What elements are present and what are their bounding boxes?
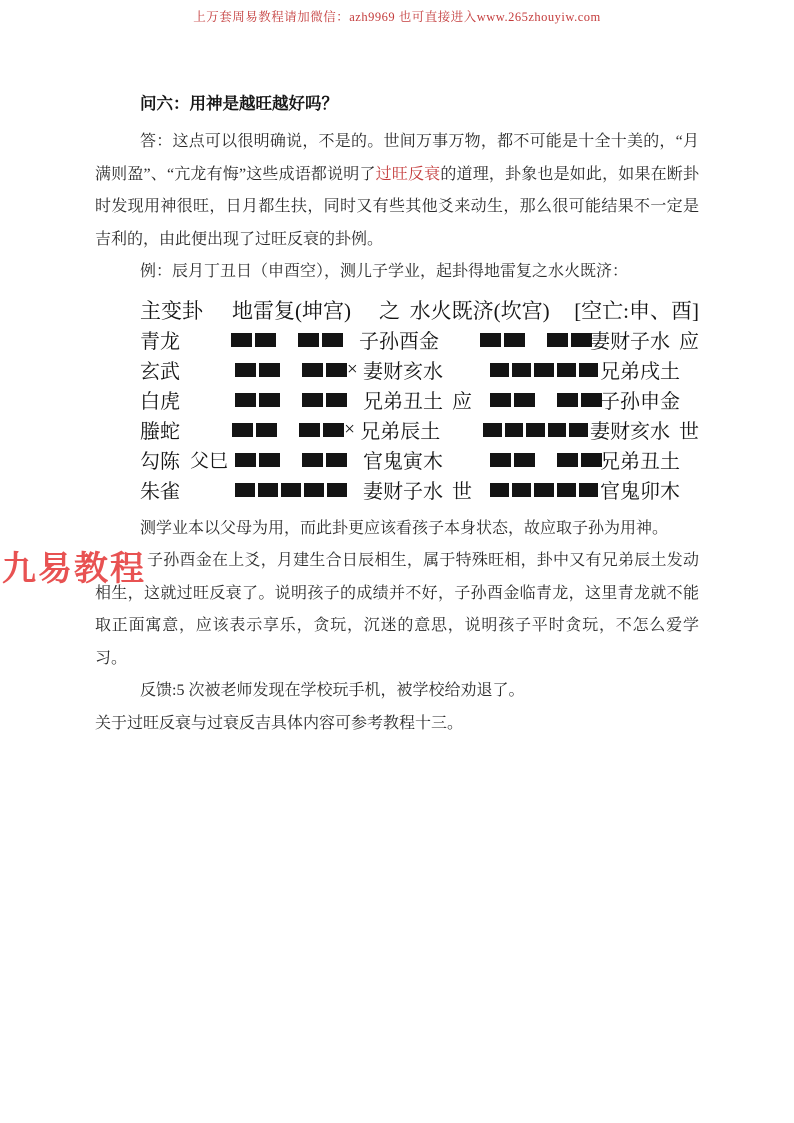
changed-line-label: 子孙申金: [600, 385, 680, 414]
yang-line-segment: [258, 483, 278, 497]
promo-banner: 上万套周易教程请加微信：azh9969 也可直接进入www.265zhouyiw…: [0, 7, 794, 25]
original-line-yin: [235, 393, 347, 407]
yang-line-segment: [490, 363, 509, 377]
changed-line-label: 妻财子水: [590, 325, 670, 354]
yin-line-segment: [302, 393, 323, 407]
changed-line-info: 官鬼卯木: [598, 475, 680, 504]
changed-line-info: 兄弟丑土: [598, 445, 680, 474]
original-line-info: ×兄弟辰土: [344, 415, 483, 445]
yin-line-segment: [322, 333, 343, 347]
yin-line-segment: [323, 423, 344, 437]
yin-line-segment: [259, 393, 280, 407]
original-line-yang: [235, 483, 347, 497]
yin-line-segment: [326, 393, 347, 407]
yin-line-segment: [231, 333, 252, 347]
changed-line-info: 妻财子水应: [588, 325, 699, 354]
promo-banner-text: 上万套周易教程请加微信：azh9969 也可直接进入www.265zhouyiw…: [193, 10, 601, 24]
yin-line-gap: [538, 393, 554, 407]
original-line-label: 兄弟辰土: [360, 415, 440, 444]
hexagram-row: 白虎兄弟丑土应子孙申金: [140, 385, 699, 415]
changed-line-label: 官鬼卯木: [600, 475, 680, 504]
analysis-paragraph-1: 测学业本以父母为用，而此卦更应该看孩子本身状态，故应取子孙为用神。: [95, 513, 699, 546]
changed-line-info: 子孙申金: [598, 385, 680, 414]
yang-line-segment: [534, 483, 553, 497]
yin-line-gap: [283, 393, 299, 407]
yin-line-gap: [279, 333, 295, 347]
yin-line-segment: [259, 363, 280, 377]
yin-line-segment: [256, 423, 277, 437]
hidden-spirit-label: 父巳: [190, 446, 235, 473]
yang-line-segment: [534, 363, 553, 377]
yang-line-segment: [557, 363, 576, 377]
six-animal-label: 朱雀: [140, 475, 190, 504]
answer-highlight-term: 过旺反衰: [376, 166, 441, 183]
original-line-yin: [235, 363, 347, 377]
hexagram-row: 螣蛇×兄弟辰土妻财亥水世: [140, 415, 699, 445]
original-line-info: 妻财子水世: [347, 475, 490, 504]
header-void-branches: [空亡:申、酉]: [574, 295, 699, 325]
yin-line-segment: [490, 453, 511, 467]
yin-line-gap: [280, 423, 296, 437]
header-original-hexagram: 地雷复(坤宫): [232, 295, 379, 325]
changed-line-yang: [490, 363, 598, 377]
yang-line-segment: [569, 423, 588, 437]
changed-line-info: 兄弟戌土: [598, 355, 680, 384]
shi-ying-marker: 应: [452, 385, 472, 414]
shi-ying-marker: 世: [452, 475, 472, 504]
yin-line-segment: [480, 333, 501, 347]
changed-line-yin: [490, 453, 598, 467]
header-main-changed-label: 主变卦: [140, 295, 232, 325]
header-changed-hexagram: 水火既济(坎宫): [410, 295, 575, 325]
moving-line-marker: ×: [344, 415, 360, 445]
yin-line-segment: [514, 393, 535, 407]
document-page: 上万套周易教程请加微信：azh9969 也可直接进入www.265zhouyiw…: [0, 0, 794, 1123]
original-line-label: 子孙酉金: [359, 325, 439, 354]
reference-line: 关于过旺反衰与过衰反吉具体内容可参考教程十三。: [95, 708, 699, 741]
header-connector: 之: [379, 295, 410, 325]
changed-line-label: 兄弟丑土: [600, 445, 680, 474]
yin-line-segment: [255, 333, 276, 347]
hexagram-row: 玄武×妻财亥水兄弟戌土: [140, 355, 699, 385]
document-content: 问六：用神是越旺越好吗？ 答：这点可以很明确说，不是的。世间万事万物，都不可能是…: [95, 26, 699, 740]
yang-line-segment: [548, 423, 567, 437]
example-line: 例：辰月丁丑日（申酉空），测儿子学业，起卦得地雷复之水火既济：: [95, 256, 699, 289]
yin-line-segment: [235, 363, 256, 377]
yang-line-segment: [304, 483, 324, 497]
original-line-label: 妻财亥水: [363, 355, 443, 384]
yang-line-segment: [505, 423, 524, 437]
original-line-yin: [232, 423, 344, 437]
yin-line-segment: [504, 333, 525, 347]
original-line-label: 妻财子水: [363, 475, 443, 504]
changed-line-yin: [490, 393, 598, 407]
yang-line-segment: [327, 483, 347, 497]
yin-line-gap: [283, 453, 299, 467]
changed-line-info: 妻财亥水世: [588, 415, 699, 444]
yin-line-segment: [302, 363, 323, 377]
original-line-label: 官鬼寅木: [363, 445, 443, 474]
yin-line-segment: [235, 393, 256, 407]
yin-line-segment: [235, 453, 256, 467]
yin-line-segment: [259, 453, 280, 467]
changed-line-yang: [490, 483, 598, 497]
watermark: 九易教程: [2, 541, 146, 590]
yin-line-gap: [538, 453, 554, 467]
hexagram-row: 勾陈父巳官鬼寅木兄弟丑土: [140, 445, 699, 475]
yang-line-segment: [483, 423, 502, 437]
analysis-paragraph-2: 子孙酉金在上爻，月建生合日辰相生，属于特殊旺相，卦中又有兄弟辰土发动相生，这就过…: [95, 545, 699, 675]
yang-line-segment: [281, 483, 301, 497]
yin-line-segment: [326, 363, 347, 377]
yin-line-segment: [514, 453, 535, 467]
yin-line-gap: [283, 363, 299, 377]
changed-line-label: 妻财亥水: [590, 415, 670, 444]
yin-line-segment: [298, 333, 319, 347]
shi-ying-marker: 应: [679, 325, 699, 354]
yin-line-segment: [557, 453, 578, 467]
changed-line-yang: [483, 423, 588, 437]
original-line-label: 兄弟丑土: [363, 385, 443, 414]
yang-line-segment: [526, 423, 545, 437]
six-animal-label: 青龙: [140, 325, 188, 354]
changed-line-label: 兄弟戌土: [600, 355, 680, 384]
six-animal-label: 白虎: [140, 385, 190, 414]
feedback-line: 反馈:5 次被老师发现在学校玩手机，被学校给劝退了。: [95, 675, 699, 708]
yin-line-segment: [299, 423, 320, 437]
question-title: 问六：用神是越旺越好吗？: [95, 92, 699, 116]
yin-line-segment: [302, 453, 323, 467]
original-line-yin: [231, 333, 343, 347]
original-line-info: 官鬼寅木: [347, 445, 490, 474]
hexagram-row: 朱雀妻财子水世官鬼卯木: [140, 475, 699, 505]
yin-line-gap: [528, 333, 544, 347]
yang-line-segment: [579, 363, 598, 377]
yin-line-segment: [557, 393, 578, 407]
yang-line-segment: [579, 483, 598, 497]
moving-line-marker: ×: [347, 355, 363, 385]
changed-line-yin: [480, 333, 588, 347]
yin-line-segment: [490, 393, 511, 407]
yin-line-segment: [326, 453, 347, 467]
original-line-yin: [235, 453, 347, 467]
hexagram-table-header: 主变卦 地雷复(坤宫) 之 水火既济(坎宫) [空亡:申、酉]: [140, 295, 699, 325]
yang-line-segment: [490, 483, 509, 497]
yin-line-segment: [547, 333, 568, 347]
hexagram-table: 主变卦 地雷复(坤宫) 之 水火既济(坎宫) [空亡:申、酉] 青龙子孙酉金妻财…: [140, 295, 699, 505]
yang-line-segment: [235, 483, 255, 497]
yang-line-segment: [512, 363, 531, 377]
original-line-info: 子孙酉金: [343, 325, 480, 354]
answer-paragraph: 答：这点可以很明确说，不是的。世间万事万物，都不可能是十全十美的，“月满则盈”、…: [95, 126, 699, 256]
original-line-info: ×妻财亥水: [347, 355, 490, 385]
yang-line-segment: [557, 483, 576, 497]
six-animal-label: 玄武: [140, 355, 190, 384]
six-animal-label: 螣蛇: [140, 415, 189, 444]
six-animal-label: 勾陈: [140, 445, 190, 474]
yin-line-segment: [232, 423, 253, 437]
shi-ying-marker: 世: [679, 415, 699, 444]
hexagram-rows: 青龙子孙酉金妻财子水应玄武×妻财亥水兄弟戌土白虎兄弟丑土应子孙申金螣蛇×兄弟辰土…: [140, 325, 699, 505]
hexagram-row: 青龙子孙酉金妻财子水应: [140, 325, 699, 355]
yang-line-segment: [512, 483, 531, 497]
original-line-info: 兄弟丑土应: [347, 385, 490, 414]
